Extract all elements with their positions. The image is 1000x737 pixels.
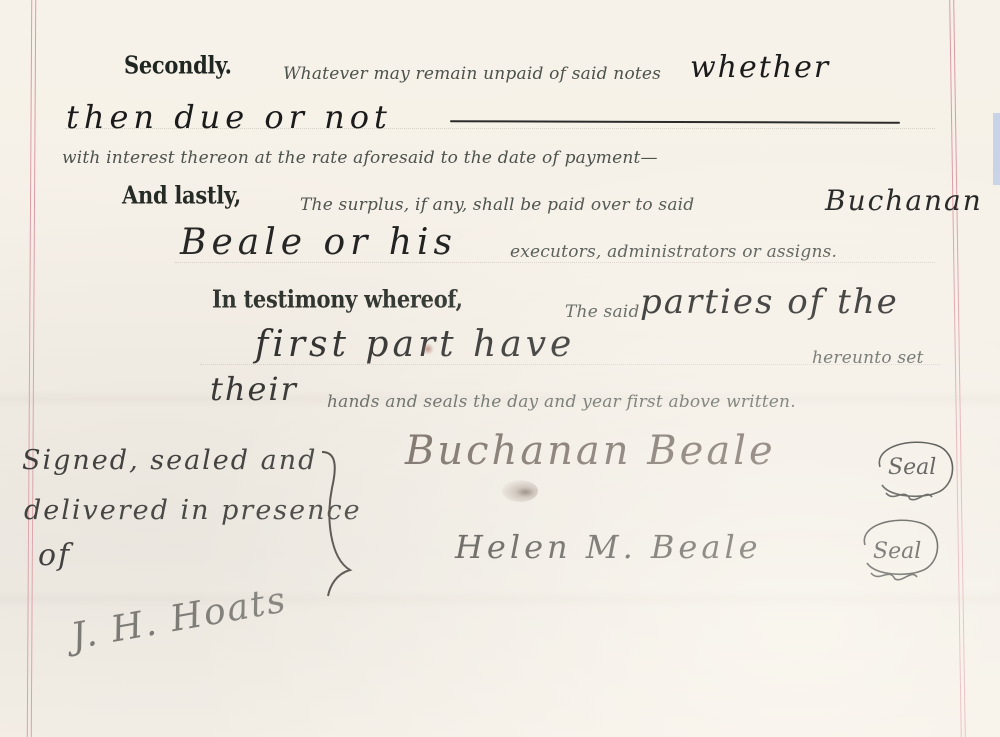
- testimony-continuation: hands and seals the day and year first a…: [327, 392, 796, 412]
- secondly-handwritten-1: whether: [690, 50, 830, 85]
- secondly-continuation: with interest thereon at the rate afores…: [62, 148, 658, 168]
- seal-mark-1: Seal: [870, 437, 956, 505]
- fill-line: [450, 120, 900, 124]
- lastly-handwritten-2: Beale or his: [180, 222, 457, 263]
- witness-line-2: delivered in presence: [24, 495, 362, 526]
- testimony-handwritten-2: first part have: [255, 324, 575, 365]
- witness-line-1: Signed, sealed and: [22, 445, 317, 476]
- testimony-heading: In testimony whereof,: [212, 284, 463, 313]
- lastly-heading: And lastly,: [122, 180, 241, 209]
- signature-helen-m-beale: Helen M. Beale: [455, 528, 762, 566]
- seal-label: Seal: [873, 539, 921, 564]
- testimony-printed-2: hereunto set: [812, 348, 924, 368]
- document-page: Secondly. Whatever may remain unpaid of …: [0, 0, 1000, 737]
- curly-brace-icon: [320, 448, 360, 598]
- secondly-heading: Secondly.: [124, 50, 232, 79]
- lastly-continuation: executors, administrators or assigns.: [510, 242, 837, 262]
- seal-mark-2: Seal: [855, 515, 941, 583]
- witness-line-3: of: [38, 538, 71, 573]
- blue-paper-patch: [993, 113, 1000, 185]
- testimony-printed-text: The said: [565, 302, 640, 322]
- ink-blot: [502, 480, 538, 502]
- lastly-handwritten-1: Buchanan: [825, 184, 983, 217]
- signature-buchanan-beale: Buchanan Beale: [405, 428, 776, 474]
- lastly-printed-text: The surplus, if any, shall be paid over …: [300, 195, 694, 215]
- secondly-handwritten-2: then due or not: [66, 98, 392, 136]
- secondly-printed-text: Whatever may remain unpaid of said notes: [283, 64, 661, 84]
- seal-label: Seal: [888, 455, 936, 480]
- testimony-handwritten-1: parties of the: [640, 282, 899, 322]
- ink-smudge: [422, 343, 434, 355]
- testimony-handwritten-3: their: [210, 370, 298, 408]
